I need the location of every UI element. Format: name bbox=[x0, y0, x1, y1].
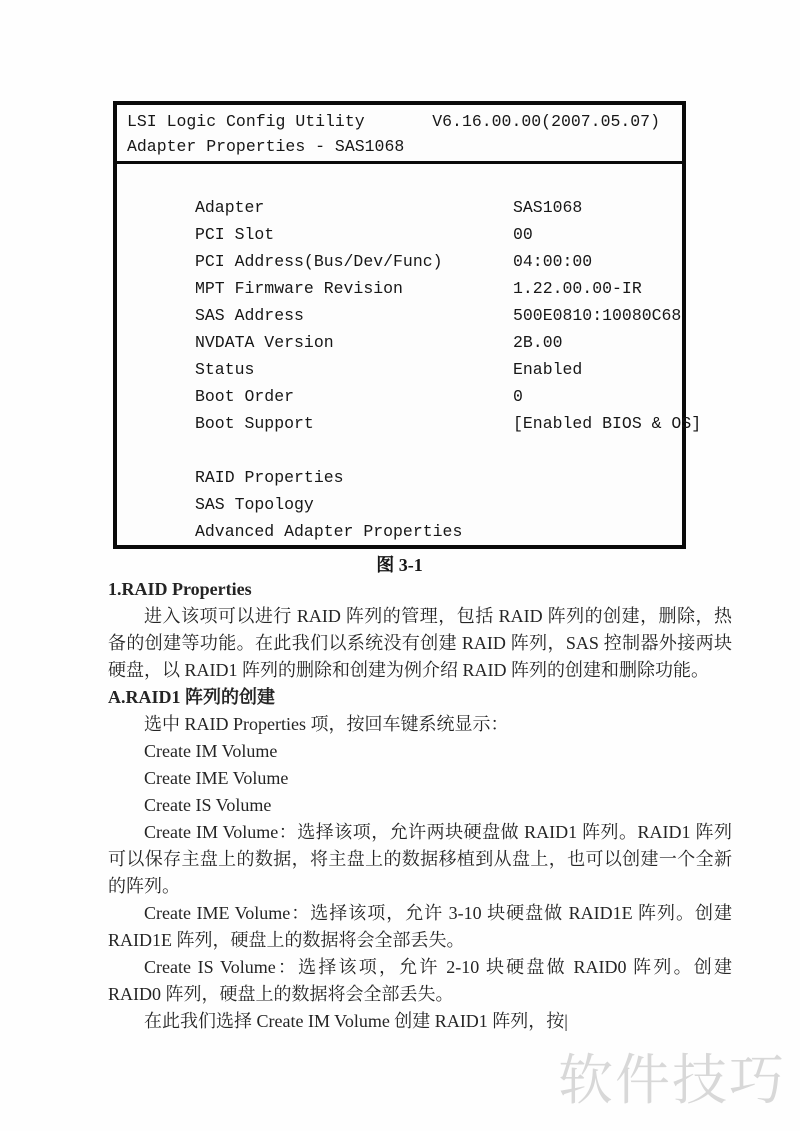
property-value: 00 bbox=[513, 221, 533, 248]
menu-item-raid-properties: RAID Properties bbox=[117, 464, 682, 491]
section-heading-raid1-create: A.RAID1 阵列的创建 bbox=[108, 684, 732, 711]
document-body: 1.RAID Properties 进入该项可以进行 RAID 阵列的管理，包括… bbox=[108, 576, 732, 1035]
figure-caption: 图 3-1 bbox=[113, 551, 686, 577]
bios-menu: RAID Properties SAS Topology Advanced Ad… bbox=[117, 464, 682, 545]
property-row-mpt-firmware: MPT Firmware Revision 1.22.00.00-IR bbox=[117, 275, 682, 302]
property-value: 2B.00 bbox=[513, 329, 563, 356]
para-create-is-desc: Create IS Volume：选择该项，允许 2-10 块硬盘做 RAID0… bbox=[108, 954, 732, 1008]
line-create-is-volume: Create IS Volume bbox=[108, 792, 732, 819]
property-label: Boot Order bbox=[195, 387, 294, 406]
bios-title: LSI Logic Config Utility bbox=[127, 109, 365, 134]
line-create-im-volume: Create IM Volume bbox=[108, 738, 732, 765]
property-label: PCI Slot bbox=[195, 225, 274, 244]
para-raid-intro: 进入该项可以进行 RAID 阵列的管理，包括 RAID 阵列的创建，删除，热备的… bbox=[108, 603, 732, 684]
bios-config-screen: LSI Logic Config Utility V6.16.00.00(200… bbox=[113, 101, 686, 549]
para-final-select: 在此我们选择 Create IM Volume 创建 RAID1 阵列，按| bbox=[108, 1008, 732, 1035]
para-create-im-desc: Create IM Volume：选择该项，允许两块硬盘做 RAID1 阵列。R… bbox=[108, 819, 732, 900]
para-create-ime-desc: Create IME Volume：选择该项，允许 3-10 块硬盘做 RAID… bbox=[108, 900, 732, 954]
bios-subtitle: Adapter Properties - SAS1068 bbox=[127, 134, 404, 159]
property-row-adapter: Adapter SAS1068 bbox=[117, 194, 682, 221]
property-row-status: Status Enabled bbox=[117, 356, 682, 383]
menu-item-sas-topology: SAS Topology bbox=[117, 491, 682, 518]
menu-item-advanced-adapter-properties: Advanced Adapter Properties bbox=[117, 518, 682, 545]
property-row-pci-address: PCI Address(Bus/Dev/Func) 04:00:00 bbox=[117, 248, 682, 275]
line-select-raid-properties: 选中 RAID Properties 项，按回车键系统显示： bbox=[108, 711, 732, 738]
property-value: [Enabled BIOS & OS] bbox=[513, 410, 701, 437]
bios-header: LSI Logic Config Utility V6.16.00.00(200… bbox=[117, 105, 682, 164]
property-row-boot-support: Boot Support [Enabled BIOS & OS] bbox=[117, 410, 682, 437]
property-label: Boot Support bbox=[195, 414, 314, 433]
bios-version: V6.16.00.00(2007.05.07) bbox=[432, 109, 660, 134]
property-label: NVDATA Version bbox=[195, 333, 334, 352]
section-heading-raid-properties: 1.RAID Properties bbox=[108, 576, 732, 603]
property-value: 1.22.00.00-IR bbox=[513, 275, 642, 302]
property-label: Adapter bbox=[195, 198, 264, 217]
property-label: MPT Firmware Revision bbox=[195, 279, 403, 298]
property-label: PCI Address(Bus/Dev/Func) bbox=[195, 252, 443, 271]
property-value: SAS1068 bbox=[513, 194, 582, 221]
property-row-nvdata-version: NVDATA Version 2B.00 bbox=[117, 329, 682, 356]
watermark: 软件技巧 bbox=[558, 1036, 786, 1115]
property-label: SAS Address bbox=[195, 306, 304, 325]
property-row-sas-address: SAS Address 500E0810:10080C68 bbox=[117, 302, 682, 329]
line-create-ime-volume: Create IME Volume bbox=[108, 765, 732, 792]
property-label: Status bbox=[195, 360, 254, 379]
document-page: LSI Logic Config Utility V6.16.00.00(200… bbox=[0, 0, 800, 1131]
property-value: 0 bbox=[513, 383, 523, 410]
property-value: 500E0810:10080C68 bbox=[513, 302, 681, 329]
property-row-pci-slot: PCI Slot 00 bbox=[117, 221, 682, 248]
property-row-boot-order: Boot Order 0 bbox=[117, 383, 682, 410]
property-value: Enabled bbox=[513, 356, 582, 383]
property-value: 04:00:00 bbox=[513, 248, 592, 275]
adapter-properties-list: Adapter SAS1068 PCI Slot 00 PCI Address(… bbox=[117, 194, 682, 437]
bios-body: Adapter SAS1068 PCI Slot 00 PCI Address(… bbox=[117, 194, 682, 545]
